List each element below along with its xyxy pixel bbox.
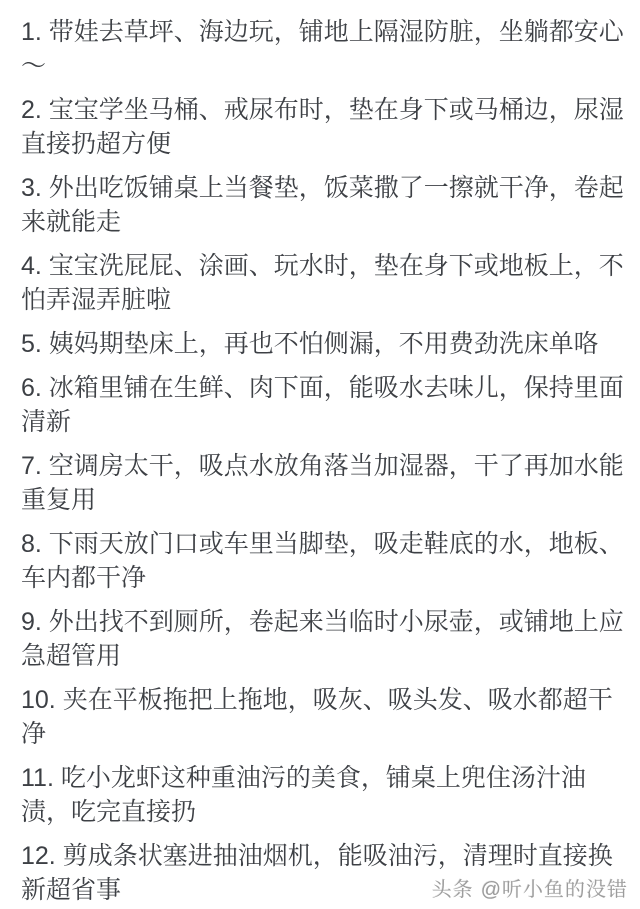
tips-page: 1. 带娃去草坪、海边玩，铺地上隔湿防脏，坐躺都安心～ 2. 宝宝学坐马桶、戒尿…	[0, 0, 640, 909]
tip-item-3: 3. 外出吃饭铺桌上当餐垫，饭菜撒了一擦就干净，卷起来就能走	[21, 171, 631, 239]
tip-item-6: 6. 冰箱里铺在生鲜、肉下面，能吸水去味儿，保持里面清新	[21, 371, 631, 439]
tip-item-5: 5. 姨妈期垫床上，再也不怕侧漏，不用费劲洗床单咯	[21, 327, 631, 361]
tip-item-11: 11. 吃小龙虾这种重油污的美食，铺桌上兜住汤汁油渍，吃完直接扔	[21, 761, 631, 829]
tip-item-1: 1. 带娃去草坪、海边玩，铺地上隔湿防脏，坐躺都安心～	[21, 15, 631, 83]
watermark: 头条@听小鱼的没错	[432, 878, 628, 902]
tip-item-2: 2. 宝宝学坐马桶、戒尿布时，垫在身下或马桶边，尿湿直接扔超方便	[21, 93, 631, 161]
tip-item-7: 7. 空调房太干，吸点水放角落当加湿器，干了再加水能重复用	[21, 449, 631, 517]
tips-list: 1. 带娃去草坪、海边玩，铺地上隔湿防脏，坐躺都安心～ 2. 宝宝学坐马桶、戒尿…	[21, 15, 631, 907]
tip-item-10: 10. 夹在平板拖把上拖地，吸灰、吸头发、吸水都超干净	[21, 683, 631, 751]
watermark-platform-label: 头条	[432, 879, 474, 901]
watermark-author-handle: @听小鱼的没错	[481, 879, 628, 901]
tip-item-8: 8. 下雨天放门口或车里当脚垫，吸走鞋底的水，地板、车内都干净	[21, 527, 631, 595]
tip-item-4: 4. 宝宝洗屁屁、涂画、玩水时，垫在身下或地板上，不怕弄湿弄脏啦	[21, 249, 631, 317]
tip-item-9: 9. 外出找不到厕所，卷起来当临时小尿壶，或铺地上应急超管用	[21, 605, 631, 673]
